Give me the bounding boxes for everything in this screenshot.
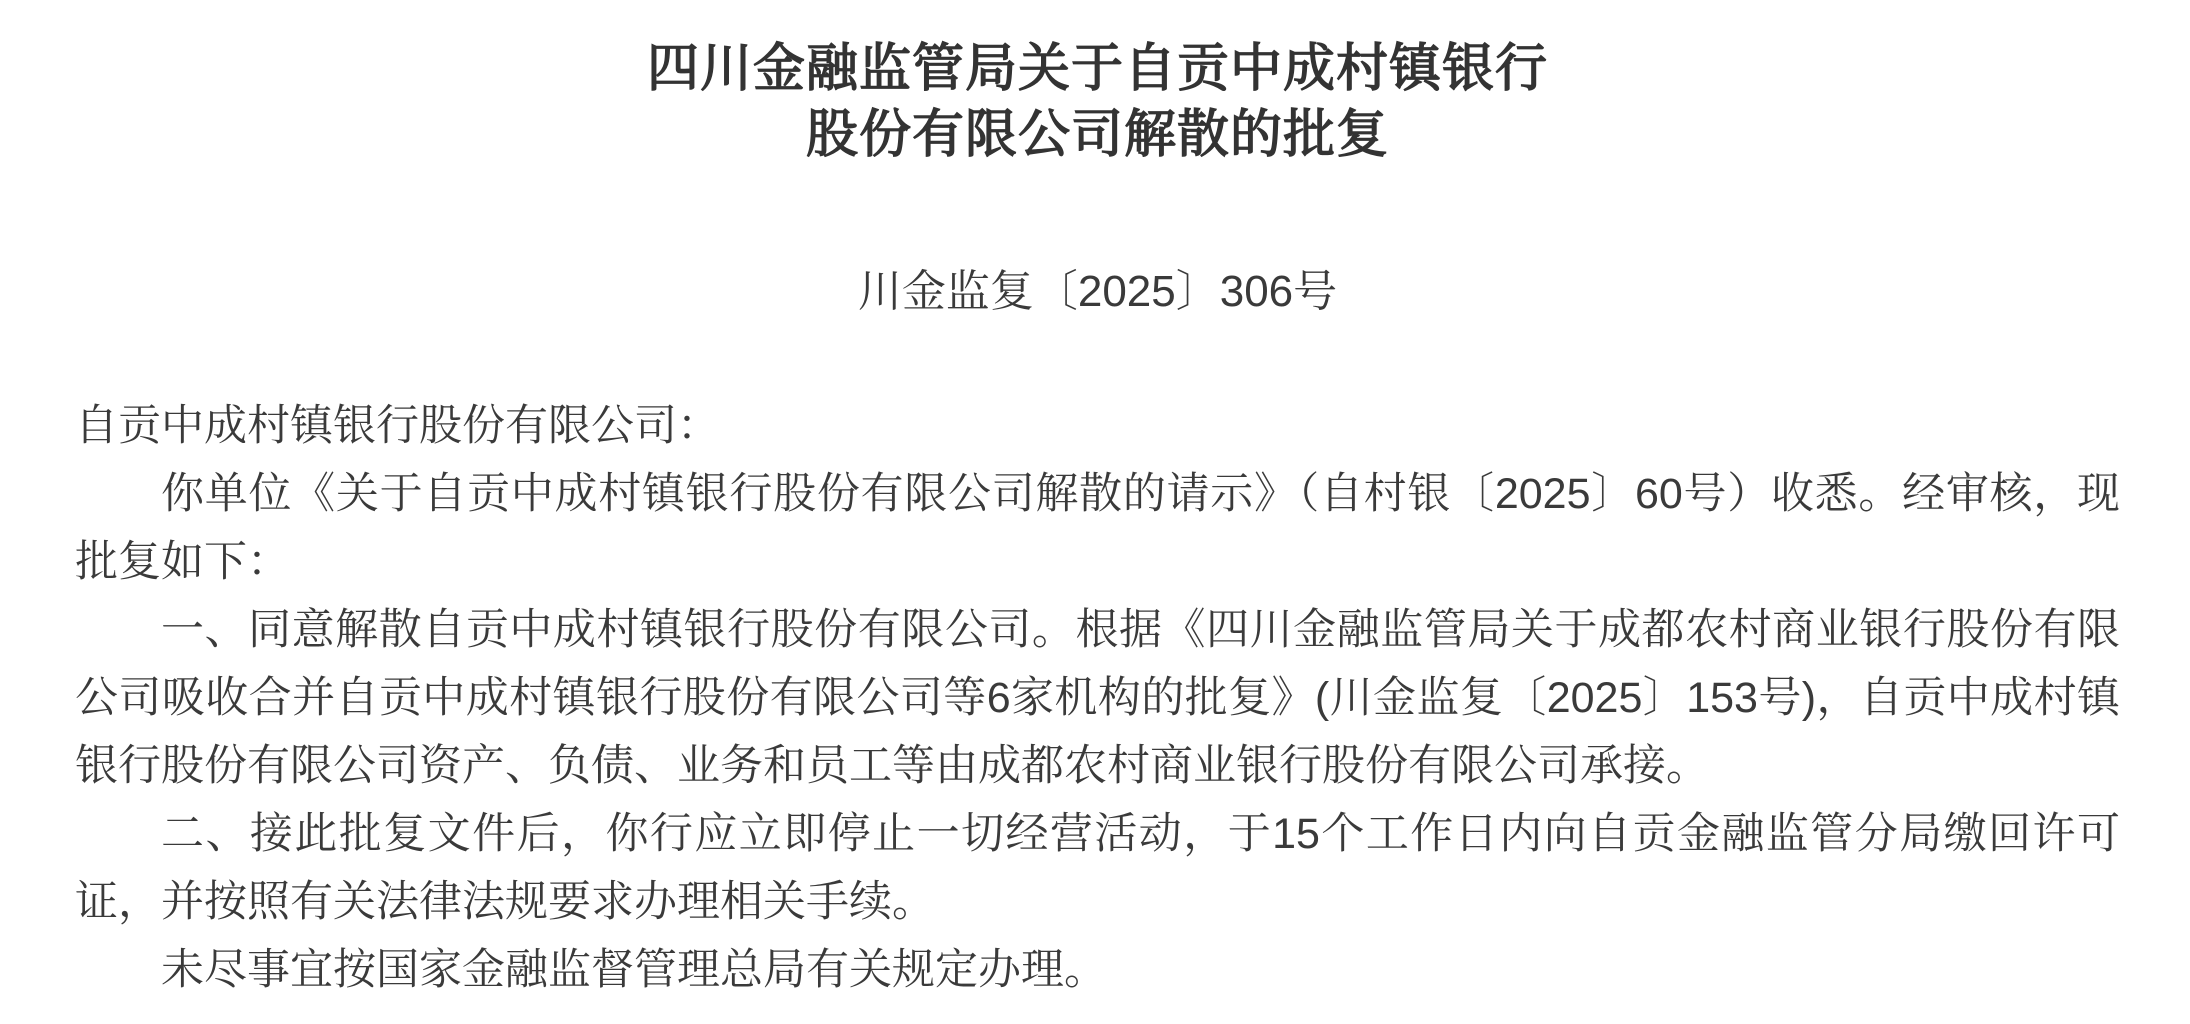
paragraph-closing-provision: 未尽事宜按国家金融监督管理总局有关规定办理。 bbox=[75, 936, 2120, 1004]
paragraph-item-1-dissolution-approval: 一、同意解散自贡中成村镇银行股份有限公司。根据《四川金融监管局关于成都农村商业银… bbox=[75, 596, 2120, 800]
document-number: 川金监复〔2025〕306号 bbox=[75, 264, 2120, 320]
document-title-line-1: 四川金融监管局关于自贡中成村镇银行 bbox=[75, 36, 2120, 102]
document-title-line-2: 股份有限公司解散的批复 bbox=[75, 102, 2120, 168]
paragraph-receipt: 你单位《关于自贡中成村镇银行股份有限公司解散的请示》（自村银〔2025〕60号）… bbox=[75, 460, 2120, 596]
document-body: 自贡中成村镇银行股份有限公司： 你单位《关于自贡中成村镇银行股份有限公司解散的请… bbox=[75, 392, 2120, 1004]
paragraph-item-2-cease-operations: 二、接此批复文件后，你行应立即停止一切经营活动，于15个工作日内向自贡金融监管分… bbox=[75, 800, 2120, 936]
salutation: 自贡中成村镇银行股份有限公司： bbox=[75, 392, 2120, 460]
document-page: 四川金融监管局关于自贡中成村镇银行 股份有限公司解散的批复 川金监复〔2025〕… bbox=[0, 0, 2190, 1024]
document-title: 四川金融监管局关于自贡中成村镇银行 股份有限公司解散的批复 bbox=[75, 36, 2120, 168]
